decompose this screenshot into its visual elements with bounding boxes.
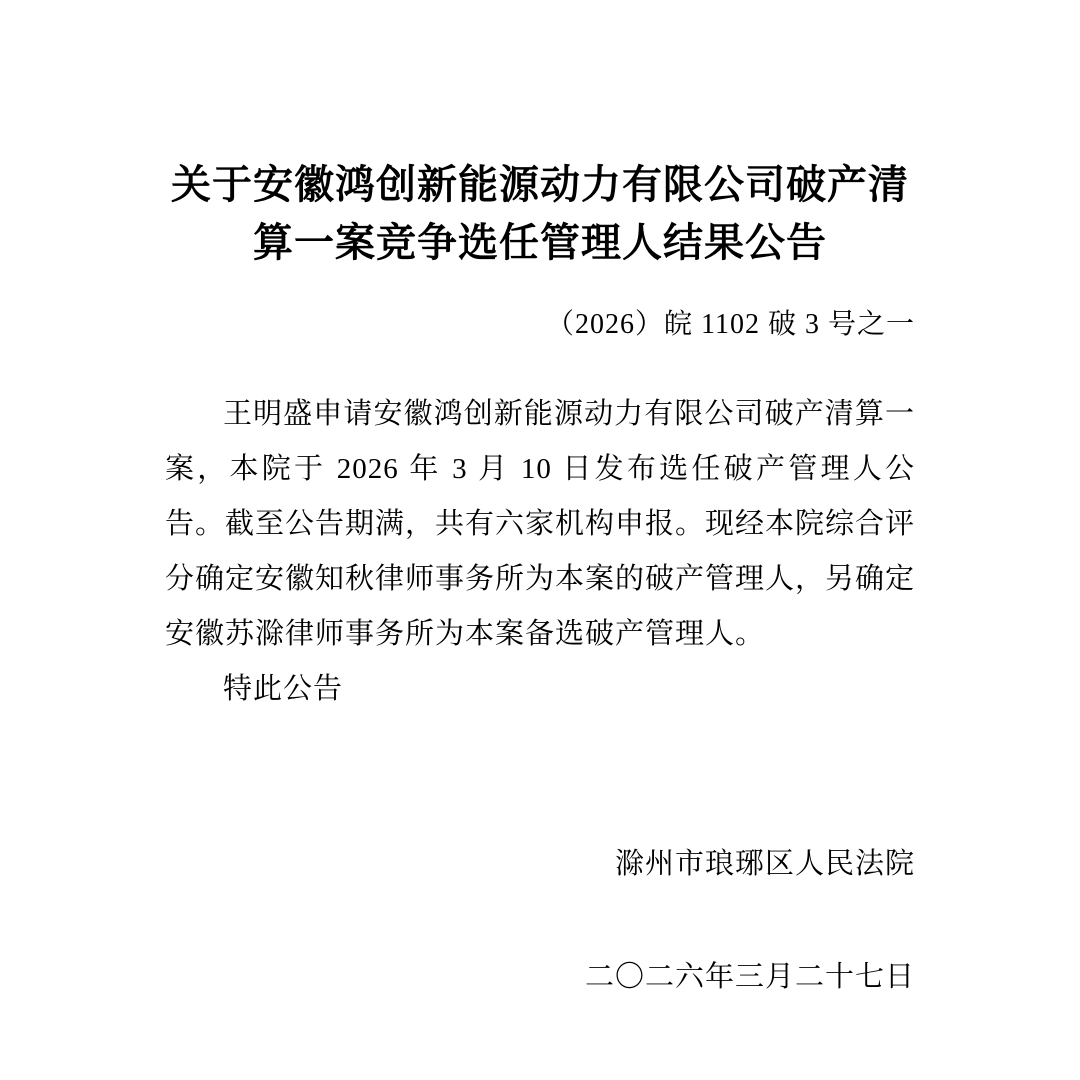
document-date: 二〇二六年三月二十七日 xyxy=(165,950,915,1005)
case-number: （2026）皖 1102 破 3 号之一 xyxy=(165,308,915,342)
document-content: 关于安徽鸿创新能源动力有限公司破产清 算一案竞争选任管理人结果公告 （2026）… xyxy=(0,0,1080,1080)
body-paragraph: 王明盛申请安徽鸿创新能源动力有限公司破产清算一案，本院于 2026 年 3 月 … xyxy=(165,387,915,662)
document-title: 关于安徽鸿创新能源动力有限公司破产清 算一案竞争选任管理人结果公告 xyxy=(165,0,915,272)
closing-line: 特此公告 xyxy=(165,662,915,717)
title-line-2: 算一案竞争选任管理人结果公告 xyxy=(165,214,915,272)
court-name: 滁州市琅琊区人民法院 xyxy=(165,837,915,892)
title-line-1: 关于安徽鸿创新能源动力有限公司破产清 xyxy=(165,156,915,214)
document-page: 关于安徽鸿创新能源动力有限公司破产清 算一案竞争选任管理人结果公告 （2026）… xyxy=(0,0,1080,1080)
